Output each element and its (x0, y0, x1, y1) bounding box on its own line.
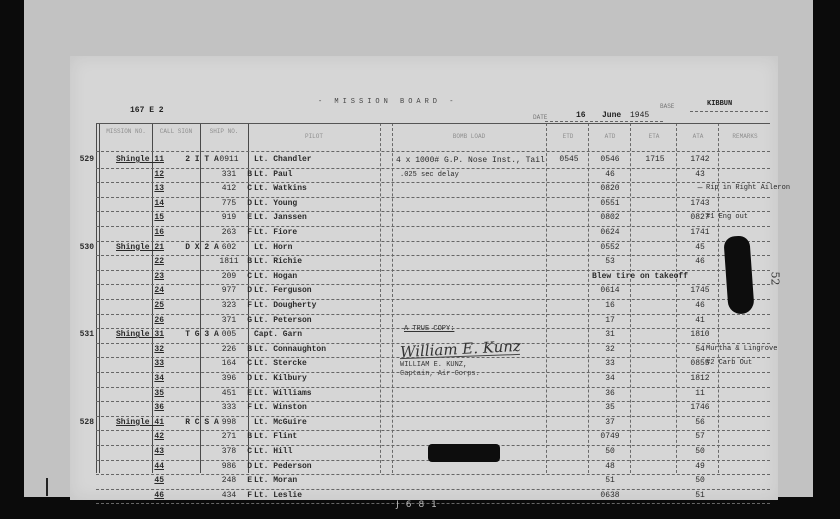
atd-time: 51 (590, 476, 630, 485)
pilot-name: Lt. Richie (254, 257, 374, 266)
mission-number: 34 (98, 374, 164, 383)
ship-number: 1811 (204, 257, 254, 266)
ship-number: 226 (204, 345, 254, 354)
ata-time: 1746 (678, 403, 722, 412)
mission-number: 32 (98, 345, 164, 354)
ata-time: 50 (678, 476, 722, 485)
table-row: 35E451Lt. Williams3611 (96, 387, 770, 402)
table-row: 13C412Lt. Watkins0820—Rip in Right Ailer… (96, 182, 770, 197)
group-number: 528 (76, 418, 94, 427)
table-row: 22B1811Lt. Richie5346 (96, 255, 770, 270)
header-top-rule (96, 123, 770, 124)
date-year: 1945 (630, 111, 649, 120)
ship-number: 271 (204, 432, 254, 441)
atd-time: 0749 (590, 432, 630, 441)
ship-number: 371 (204, 316, 254, 325)
ata-time: 43 (678, 170, 722, 179)
table-row: 45E248Lt. Moran5150 (96, 474, 770, 489)
true-copy-label: A TRUE COPY: (404, 325, 454, 333)
ata-time: 46 (678, 301, 722, 310)
atd-time: 32 (590, 345, 630, 354)
pilot-name: Lt. Fiore (254, 228, 374, 237)
atd-time: 37 (590, 418, 630, 427)
mission-number: 35 (98, 389, 164, 398)
ship-number: 333 (204, 403, 254, 412)
ship-number: 164 (204, 359, 254, 368)
ata-time: 57 (678, 432, 722, 441)
pilot-name: Lt. Williams (254, 389, 374, 398)
ship-number: 775 (204, 199, 254, 208)
mission-number: 45 (98, 476, 164, 485)
ship-number: 209 (204, 272, 254, 281)
atd-time: 0820 (590, 184, 630, 193)
atd-time: Blew tire on takeoff (592, 272, 702, 281)
signatory-name: WILLIAM E. KUNZ, (400, 361, 467, 369)
remarks-note: #2 Carb Out (706, 359, 776, 367)
ata-time: 1742 (678, 155, 722, 164)
table-row: 12B331Lt. Paul4643 (96, 168, 770, 183)
ship-number: 0911 (204, 155, 254, 164)
pilot-name: Lt. Pederson (254, 462, 374, 471)
film-frame-number: J681 (0, 500, 840, 510)
document-code: 167 E 2 (130, 106, 164, 115)
pilot-name: Lt. Dougherty (254, 301, 374, 310)
pilot-name: Lt. Flint (254, 432, 374, 441)
mission-number: 46 (98, 491, 164, 500)
atd-time: 0614 (590, 286, 630, 295)
pilot-name: Lt. Connaughton (254, 345, 374, 354)
base-label: BASE (660, 103, 674, 110)
header-ship-no: SHIP NO. (202, 127, 246, 136)
redaction-mark (428, 444, 500, 462)
atd-time: 0546 (590, 155, 630, 164)
ata-time: 45 (678, 243, 722, 252)
pilot-name: Lt. McGuire (254, 418, 374, 427)
pilot-name: Lt. Paul (254, 170, 374, 179)
atd-time: 50 (590, 447, 630, 456)
header-remarks: REMARKS (720, 132, 770, 141)
base-underline (690, 111, 768, 112)
ship-number: 396 (204, 374, 254, 383)
remarks-note: #1 Eng out (706, 213, 776, 221)
atd-time: 36 (590, 389, 630, 398)
base-value: KIBBUN (707, 100, 732, 108)
table-row: 16F263Lt. Fiore06241741 (96, 226, 770, 241)
date-underline (545, 121, 663, 122)
ship-number: 248 (204, 476, 254, 485)
ship-number: 323 (204, 301, 254, 310)
ship-number: 412 (204, 184, 254, 193)
pilot-name: Lt. Chandler (254, 155, 374, 164)
ata-time: 56 (678, 418, 722, 427)
date-day: 16 (576, 111, 586, 120)
ata-time: 46 (678, 257, 722, 266)
pilot-name: Lt. Moran (254, 476, 374, 485)
mission-number: 22 (98, 257, 164, 266)
pilot-name: Lt. Watkins (254, 184, 374, 193)
header-pilot: PILOT (250, 132, 378, 141)
ata-time: 11 (678, 389, 722, 398)
ship-number: 263 (204, 228, 254, 237)
mission-number: 15 (98, 213, 164, 222)
table-row: 529Shingle 112 I T A0911Lt. Chandler0545… (96, 153, 770, 168)
ata-time: 1741 (678, 228, 722, 237)
table-row: 15E919Lt. Janssen08020827#1 Eng out (96, 211, 770, 226)
ship-number: 602 (204, 243, 254, 252)
ship-number: 998 (204, 418, 254, 427)
table-row: 14D775Lt. Young05511743 (96, 197, 770, 212)
eta-time: 1715 (632, 155, 678, 164)
atd-time: 0624 (590, 228, 630, 237)
pilot-name: Lt. Leslie (254, 491, 374, 500)
ata-time: 41 (678, 316, 722, 325)
pilot-name: Lt. Winston (254, 403, 374, 412)
ship-number: 451 (204, 389, 254, 398)
ship-number: 434 (204, 491, 254, 500)
atd-time: 0551 (590, 199, 630, 208)
ata-time: 51 (678, 491, 722, 500)
pilot-name: Lt. Kilbury (254, 374, 374, 383)
mission-number: 42 (98, 432, 164, 441)
ship-number: 005 (204, 330, 254, 339)
header-bottom-rule (96, 151, 770, 152)
pilot-name: Lt. Hill (254, 447, 374, 456)
pilot-name: Lt. Young (254, 199, 374, 208)
header-ata: ATA (678, 132, 718, 141)
atd-time: 16 (590, 301, 630, 310)
header-eta: ETA (632, 132, 676, 141)
margin-annotation: 52 (769, 272, 782, 286)
mission-table: MISSION NO. CALL SIGN SHIP NO. PILOT BOM… (96, 123, 770, 473)
atd-time: 35 (590, 403, 630, 412)
ship-number: 378 (204, 447, 254, 456)
atd-time: 0552 (590, 243, 630, 252)
mission-number: 36 (98, 403, 164, 412)
etd-time: 0545 (550, 155, 588, 164)
header-mission-no: MISSION NO. (102, 127, 150, 136)
remarks-note: Rip in Right Aileron (706, 184, 776, 192)
mission-number: 26 (98, 316, 164, 325)
mission-number: 43 (98, 447, 164, 456)
pilot-name: Lt. Peterson (254, 316, 374, 325)
group-number: 529 (76, 155, 94, 164)
pilot-name: Lt. Ferguson (254, 286, 374, 295)
group-number: 530 (76, 243, 94, 252)
atd-time: 0802 (590, 213, 630, 222)
header-call-sign: CALL SIGN (154, 127, 198, 136)
pilot-name: Lt. Hogan (254, 272, 374, 281)
table-row: 528Shingle 41R C S A998Lt. McGuire3756 (96, 416, 770, 431)
table-row: 530Shingle 21D X 2 A602Lt. Horn055245 (96, 241, 770, 256)
ship-number: 919 (204, 213, 254, 222)
table-row: 36F333Lt. Winston351746 (96, 401, 770, 416)
pilot-name: Capt. Garn (254, 330, 374, 339)
atd-time: 48 (590, 462, 630, 471)
ata-time: 49 (678, 462, 722, 471)
table-row: 25F323Lt. Dougherty1646 (96, 299, 770, 314)
mission-number: 25 (98, 301, 164, 310)
atd-time: 46 (590, 170, 630, 179)
redaction-mark (723, 235, 754, 315)
atd-time: 0638 (590, 491, 630, 500)
ship-number: 977 (204, 286, 254, 295)
header-etd: ETD (548, 132, 588, 141)
atd-time: 17 (590, 316, 630, 325)
mission-number: 14 (98, 199, 164, 208)
group-number: 531 (76, 330, 94, 339)
pilot-name: Lt. Horn (254, 243, 374, 252)
header-bomb-load: BOMB LOAD (394, 132, 544, 141)
atd-time: 33 (590, 359, 630, 368)
header-atd: ATD (590, 132, 630, 141)
table-row: 24D977Lt. Ferguson06141745 (96, 284, 770, 299)
ata-time: 1745 (678, 286, 722, 295)
atd-time: 53 (590, 257, 630, 266)
mission-number: 44 (98, 462, 164, 471)
atd-time: 34 (590, 374, 630, 383)
mission-number: 23 (98, 272, 164, 281)
mission-number: 33 (98, 359, 164, 368)
ship-number: 986 (204, 462, 254, 471)
mission-number: 13 (98, 184, 164, 193)
mission-number: 12 (98, 170, 164, 179)
ata-time: 50 (678, 447, 722, 456)
pilot-name: Lt. Janssen (254, 213, 374, 222)
mission-number: 16 (98, 228, 164, 237)
ata-time: 1812 (678, 374, 722, 383)
mission-number: 24 (98, 286, 164, 295)
table-row: 23C209Lt. HoganBlew tire on takeoff (96, 270, 770, 285)
ata-time: 1810 (678, 330, 722, 339)
atd-time: 31 (590, 330, 630, 339)
date-month: June (602, 111, 621, 120)
remarks-note: Murtha & Lingrove (706, 345, 776, 353)
date-label: DATE (533, 114, 547, 121)
document-title: - MISSION BOARD - (318, 98, 457, 106)
ata-time: 1743 (678, 199, 722, 208)
ship-number: 331 (204, 170, 254, 179)
pilot-name: Lt. Stercke (254, 359, 374, 368)
paper-edge (46, 478, 48, 496)
signatory-rank: Captain, Air Corps. (400, 370, 480, 378)
